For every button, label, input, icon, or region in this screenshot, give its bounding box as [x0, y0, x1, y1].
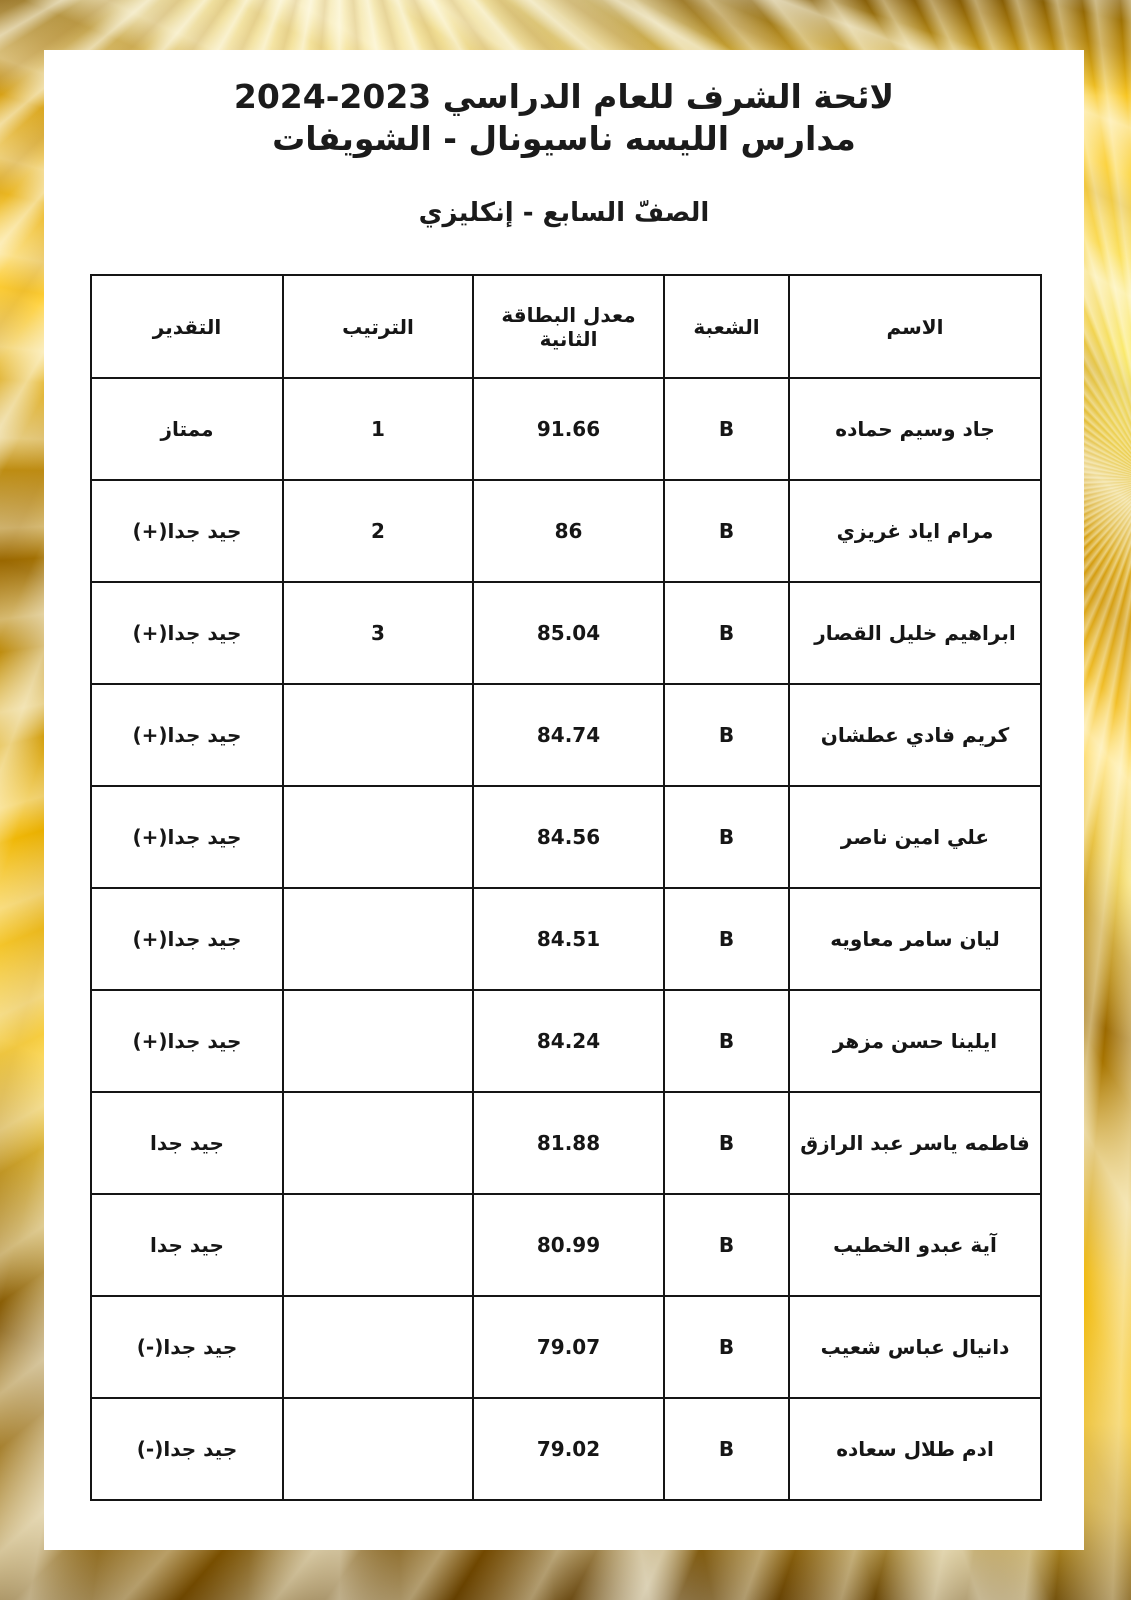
- cell-section: B: [664, 480, 789, 582]
- cell-rank: 3: [283, 582, 473, 684]
- cell-grade: جيد جدا(+): [91, 480, 283, 582]
- table-row: آية عبدو الخطيب B 80.99 جيد جدا: [91, 1194, 1041, 1296]
- cell-name: مرام اياد غريزي: [789, 480, 1041, 582]
- cell-grade: جيد جدا(-): [91, 1296, 283, 1398]
- cell-section: B: [664, 1296, 789, 1398]
- cell-grade: جيد جدا: [91, 1194, 283, 1296]
- cell-average: 84.74: [473, 684, 664, 786]
- cell-grade: جيد جدا(+): [91, 888, 283, 990]
- cell-name: جاد وسيم حماده: [789, 378, 1041, 480]
- col-header-rank: الترتيب: [283, 275, 473, 378]
- col-header-section: الشعبة: [664, 275, 789, 378]
- page-title-line2: مدارس الليسه ناسيونال - الشويفات: [44, 118, 1084, 160]
- cell-name: ليان سامر معاويه: [789, 888, 1041, 990]
- cell-name: كريم فادي عطشان: [789, 684, 1041, 786]
- col-header-name: الاسم: [789, 275, 1041, 378]
- table-row: ليان سامر معاويه B 84.51 جيد جدا(+): [91, 888, 1041, 990]
- page-subtitle: الصفّ السابع - إنكليزي: [44, 198, 1084, 228]
- table-row: مرام اياد غريزي B 86 2 جيد جدا(+): [91, 480, 1041, 582]
- cell-rank: [283, 990, 473, 1092]
- table-row: فاطمه ياسر عبد الرازق B 81.88 جيد جدا: [91, 1092, 1041, 1194]
- cell-section: B: [664, 786, 789, 888]
- col-header-grade: التقدير: [91, 275, 283, 378]
- cell-rank: [283, 684, 473, 786]
- cell-section: B: [664, 990, 789, 1092]
- cell-section: B: [664, 1194, 789, 1296]
- cell-grade: جيد جدا(+): [91, 582, 283, 684]
- document-card: لائحة الشرف للعام الدراسي 2023-2024 مدار…: [44, 50, 1084, 1550]
- honor-roll-table: الاسم الشعبة معدل البطاقة الثانية الترتي…: [90, 274, 1042, 1501]
- cell-average: 84.51: [473, 888, 664, 990]
- cell-name: ادم طلال سعاده: [789, 1398, 1041, 1500]
- cell-average: 81.88: [473, 1092, 664, 1194]
- page-title: لائحة الشرف للعام الدراسي 2023-2024 مدار…: [44, 76, 1084, 160]
- cell-rank: 1: [283, 378, 473, 480]
- cell-name: ايلينا حسن مزهر: [789, 990, 1041, 1092]
- cell-rank: [283, 1296, 473, 1398]
- cell-rank: [283, 1092, 473, 1194]
- cell-rank: [283, 1194, 473, 1296]
- cell-grade: ممتاز: [91, 378, 283, 480]
- cell-average: 91.66: [473, 378, 664, 480]
- table-row: جاد وسيم حماده B 91.66 1 ممتاز: [91, 378, 1041, 480]
- cell-grade: جيد جدا(-): [91, 1398, 283, 1500]
- cell-section: B: [664, 1092, 789, 1194]
- cell-section: B: [664, 378, 789, 480]
- table-header-row: الاسم الشعبة معدل البطاقة الثانية الترتي…: [91, 275, 1041, 378]
- table-row: علي امين ناصر B 84.56 جيد جدا(+): [91, 786, 1041, 888]
- cell-name: علي امين ناصر: [789, 786, 1041, 888]
- cell-average: 84.56: [473, 786, 664, 888]
- cell-average: 86: [473, 480, 664, 582]
- col-header-average: معدل البطاقة الثانية: [473, 275, 664, 378]
- table-row: ابراهيم خليل القصار B 85.04 3 جيد جدا(+): [91, 582, 1041, 684]
- gold-background: لائحة الشرف للعام الدراسي 2023-2024 مدار…: [0, 0, 1131, 1600]
- table-row: كريم فادي عطشان B 84.74 جيد جدا(+): [91, 684, 1041, 786]
- cell-grade: جيد جدا: [91, 1092, 283, 1194]
- cell-section: B: [664, 582, 789, 684]
- cell-average: 84.24: [473, 990, 664, 1092]
- cell-average: 79.07: [473, 1296, 664, 1398]
- cell-name: فاطمه ياسر عبد الرازق: [789, 1092, 1041, 1194]
- cell-rank: 2: [283, 480, 473, 582]
- table-row: دانيال عباس شعيب B 79.07 جيد جدا(-): [91, 1296, 1041, 1398]
- cell-rank: [283, 888, 473, 990]
- cell-name: دانيال عباس شعيب: [789, 1296, 1041, 1398]
- cell-name: آية عبدو الخطيب: [789, 1194, 1041, 1296]
- cell-average: 80.99: [473, 1194, 664, 1296]
- table-row: ادم طلال سعاده B 79.02 جيد جدا(-): [91, 1398, 1041, 1500]
- cell-average: 85.04: [473, 582, 664, 684]
- cell-grade: جيد جدا(+): [91, 684, 283, 786]
- cell-rank: [283, 786, 473, 888]
- table-row: ايلينا حسن مزهر B 84.24 جيد جدا(+): [91, 990, 1041, 1092]
- cell-average: 79.02: [473, 1398, 664, 1500]
- page-title-line1: لائحة الشرف للعام الدراسي 2023-2024: [44, 76, 1084, 118]
- cell-section: B: [664, 888, 789, 990]
- cell-grade: جيد جدا(+): [91, 990, 283, 1092]
- cell-name: ابراهيم خليل القصار: [789, 582, 1041, 684]
- cell-section: B: [664, 684, 789, 786]
- cell-rank: [283, 1398, 473, 1500]
- cell-grade: جيد جدا(+): [91, 786, 283, 888]
- cell-section: B: [664, 1398, 789, 1500]
